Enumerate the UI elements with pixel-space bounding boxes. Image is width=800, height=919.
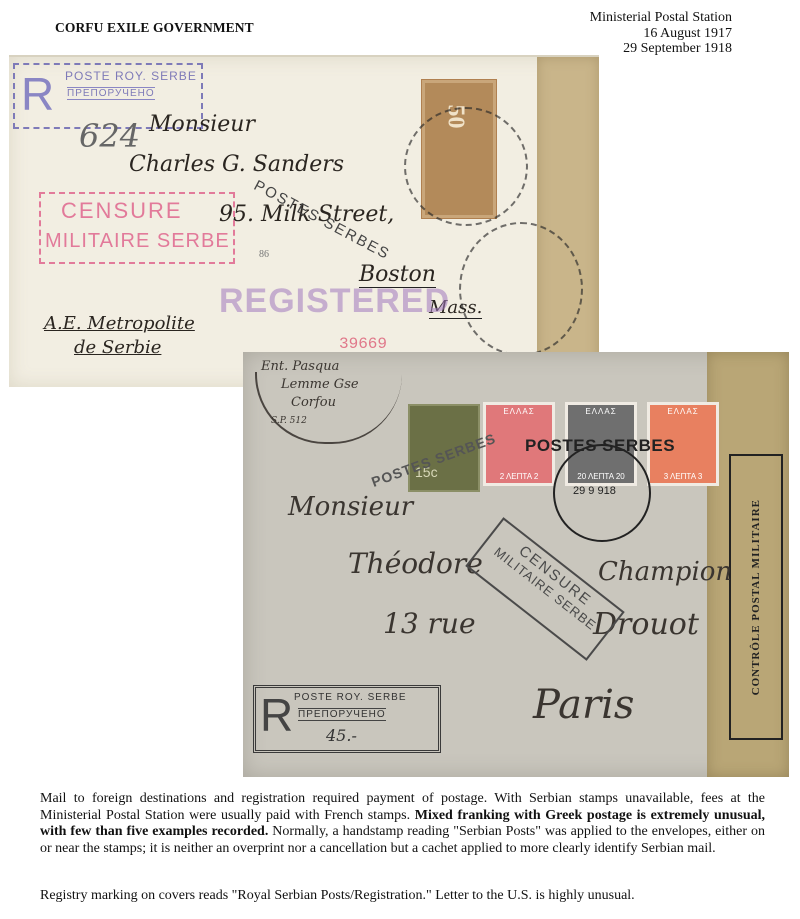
- censor-handstamp: CENSURE MILITAIRE SERBE: [39, 192, 235, 264]
- station-date-end: 29 September 1918: [590, 41, 732, 57]
- registry-fee: 45.-: [326, 726, 357, 745]
- sender-info: Ent. Pasqua Lemme Gse Corfou S.P. 512: [261, 358, 359, 430]
- registry-line2: ПРЕПОРУЧЕНО: [67, 87, 155, 100]
- censor-tape-box: CONTRÔLE POSTAL MILITAIRE: [729, 454, 783, 740]
- sender-line: A.E. Metropolite: [44, 312, 195, 336]
- page-title: CORFU EXILE GOVERNMENT: [55, 20, 254, 36]
- sender-line: Corfou: [261, 394, 359, 412]
- address-line: Paris: [533, 682, 634, 728]
- station-date-start: 16 August 1917: [590, 26, 732, 42]
- postmark-date: 29 9 918: [573, 485, 616, 497]
- address-line: Monsieur: [288, 492, 413, 522]
- registry-line1: POSTE ROY. SERBE: [65, 69, 197, 83]
- cover-boston: R POSTE ROY. SERBE ПРЕПОРУЧЕНО 624 Monsi…: [9, 55, 599, 387]
- stamp-value: 2 ΛΕΠΤΑ 2: [486, 472, 552, 481]
- sender-line: de Serbie: [44, 336, 195, 360]
- registry-line2: ПРЕПОРУЧЕНО: [298, 708, 386, 721]
- sender-line: Lemme Gse: [261, 376, 359, 394]
- address-line: Monsieur: [149, 112, 255, 137]
- censor-tape-text: CONTRÔLE POSTAL MILITAIRE: [750, 499, 762, 695]
- postmark-icon: [404, 107, 528, 226]
- caption-paragraph: Mail to foreign destinations and registr…: [40, 791, 765, 857]
- station-name: Ministerial Postal Station: [590, 10, 732, 26]
- address-line: 13 rue: [383, 607, 476, 640]
- censor-line2: MILITAIRE SERBE: [45, 230, 230, 253]
- address-line: Champion: [598, 557, 732, 587]
- stamp-header: ΕΛΛΑΣ: [568, 407, 634, 416]
- station-info: Ministerial Postal Station 16 August 191…: [590, 10, 732, 57]
- censor-line2: MILITAIRE SERBE: [482, 537, 609, 641]
- stamp-header: ΕΛΛΑΣ: [486, 407, 552, 416]
- red-number: 39669: [339, 335, 387, 353]
- censor-line1: CENSURE: [61, 198, 183, 224]
- registry-letter: R: [21, 67, 54, 121]
- registry-number: 624: [79, 117, 140, 155]
- pencil-note: 86: [259, 249, 269, 260]
- sender-line: Ent. Pasqua: [261, 358, 359, 376]
- caption-paragraph-2: Registry marking on covers reads "Royal …: [40, 888, 765, 905]
- registry-line1: POSTE ROY. SERBE: [294, 692, 407, 703]
- registry-handstamp: R POSTE ROY. SERBE ПРЕПОРУЧЕНО 45.-: [253, 685, 441, 753]
- stamp-value: 3 ΛΕΠΤΑ 3: [650, 472, 716, 481]
- sender-note: S.P. 512: [261, 412, 359, 430]
- sender-info: A.E. Metropolite de Serbie: [44, 312, 195, 360]
- stamp-header: ΕΛΛΑΣ: [650, 407, 716, 416]
- address-line: Charles G. Sanders: [129, 152, 344, 177]
- address-line: Théodore: [348, 547, 483, 580]
- registered-handstamp: REGISTERED: [219, 282, 450, 321]
- cover-paris: CONTRÔLE POSTAL MILITAIRE Ent. Pasqua Le…: [243, 352, 789, 777]
- registry-letter: R: [260, 688, 293, 742]
- postmark-icon: [459, 222, 583, 356]
